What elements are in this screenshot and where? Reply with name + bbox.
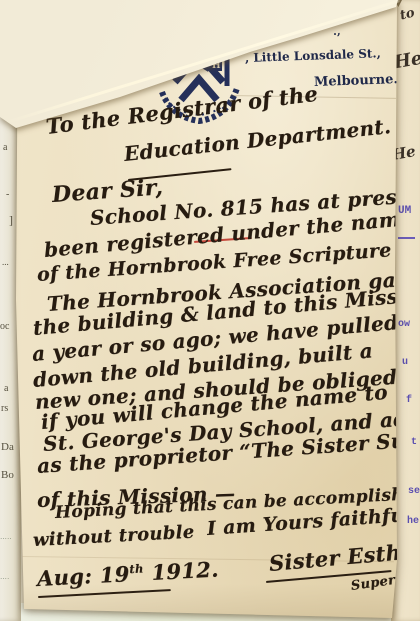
- letterhead-address-line2: Melbourne.: [314, 73, 398, 89]
- letterhead-address-line1: , Little Lonsdale St.,: [245, 47, 381, 64]
- date-prefix: Aug: 19: [36, 561, 130, 591]
- scanned-letter-document: a - ] ... oc a rs Da Bo ····· ···· to He…: [0, 0, 420, 621]
- closing-left: without trouble: [33, 524, 195, 550]
- date-line: Aug: 19th 1912.: [36, 558, 219, 588]
- date-ordinal: th: [129, 561, 144, 576]
- svg-text:H: H: [212, 61, 221, 71]
- letter-page: H ., , Little Lonsdale St., Melbourne. T…: [0, 0, 420, 621]
- signature: Sister Esther: [268, 539, 420, 574]
- date-suffix: 1912.: [143, 556, 219, 585]
- letter-page-wrap: H ., , Little Lonsdale St., Melbourne. T…: [0, 0, 420, 621]
- letterhead-corner-fragment: .,: [333, 26, 341, 37]
- date-underline: [38, 589, 171, 598]
